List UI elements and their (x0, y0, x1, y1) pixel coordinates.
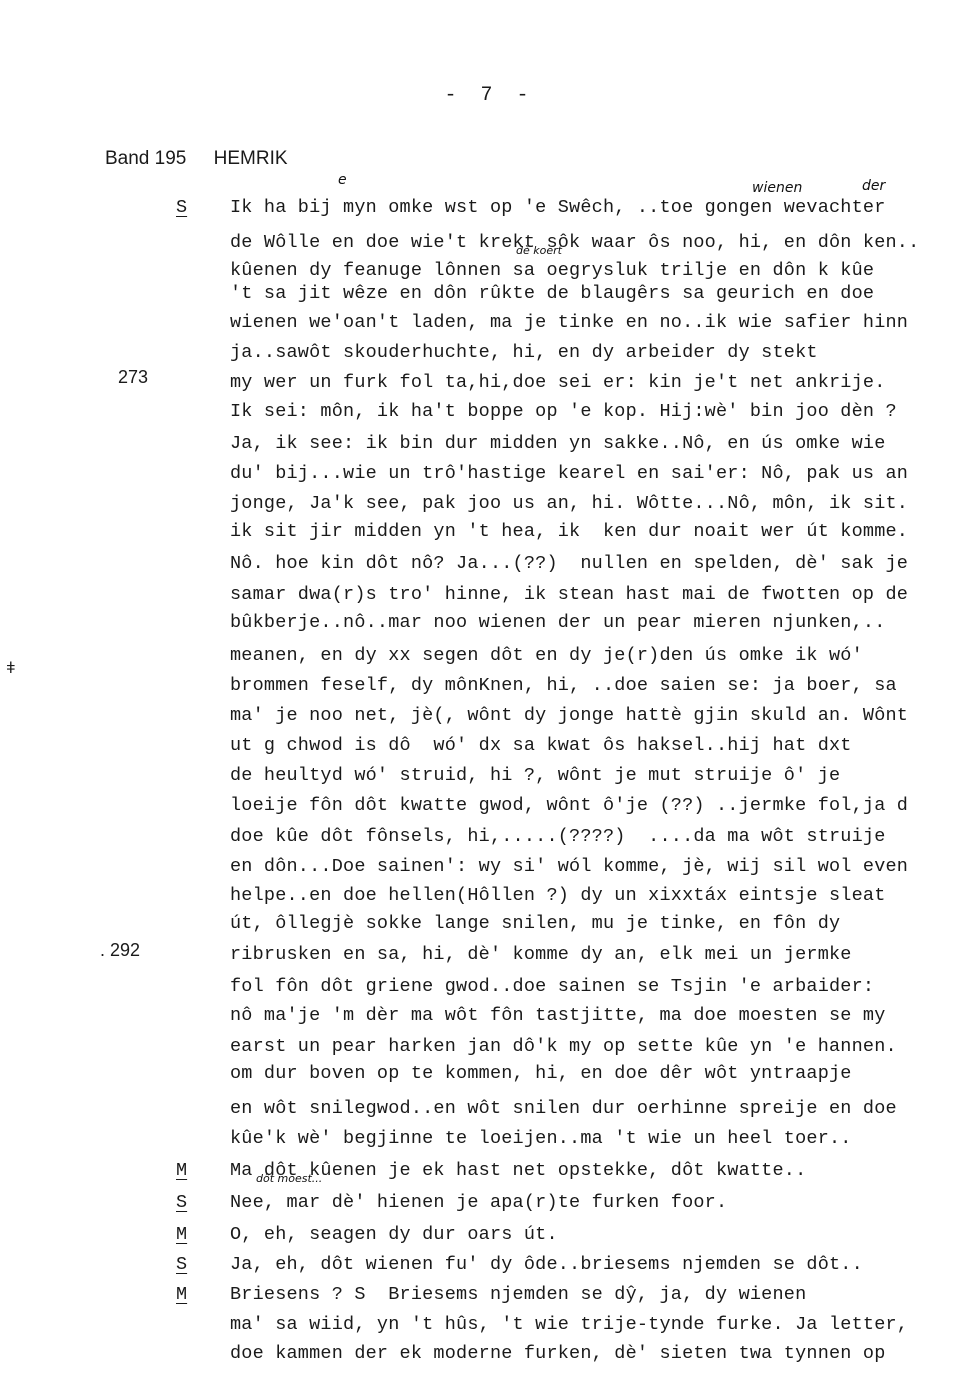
transcript-line: út, ôllegjè sokke lange snilen, mu je ti… (230, 913, 840, 934)
transcript-line: doe kammen der ek moderne furken, dè' si… (230, 1343, 886, 1364)
transcript-line: nô ma'je 'm dèr ma wôt fôn tastjitte, ma… (230, 1005, 886, 1026)
transcript-line: de heultyd wó' struid, hi ?, wônt je mut… (230, 765, 840, 786)
transcript-line: samar dwa(r)s tro' hinne, ik stean hast … (230, 584, 908, 605)
transcript-line: my wer un furk fol ta,hi,doe sei er: kin… (230, 372, 886, 393)
speaker-label: S (176, 197, 187, 218)
margin-mark: ǂ (6, 660, 16, 678)
transcript-line: ma' sa wiid, yn 't hûs, 't wie trije-tyn… (230, 1314, 908, 1335)
transcript-line: ja..sawôt skouderhuchte, hi, en dy arbei… (230, 342, 818, 363)
handwritten-annotation: e (338, 172, 347, 188)
speaker-label: S (176, 1254, 187, 1275)
transcript-line: ut g chwod is dô wó' dx sa kwat ôs hakse… (230, 735, 852, 756)
transcript-line: en wôt snilegwod..en wôt snilen dur oerh… (230, 1098, 897, 1119)
transcript-line: earst un pear harken jan dô'k my op sett… (230, 1036, 897, 1057)
transcript-line: bûkberje..nô..mar noo wienen der un pear… (230, 612, 886, 633)
speaker-label: M (176, 1224, 187, 1245)
transcript-line: fol fôn dôt griene gwod..doe sainen se T… (230, 976, 874, 997)
transcript-line: Ja, ik see: ik bin dur midden yn sakke..… (230, 433, 886, 454)
transcript-line: om dur boven op te kommen, hi, en doe dê… (230, 1063, 852, 1084)
transcript-line: en dôn...Doe sainen': wy si' wól komme, … (230, 856, 908, 877)
transcript-line: kûenen dy feanuge lônnen sa oegrysluk tr… (230, 260, 874, 281)
page-number: - 7 - (0, 84, 979, 107)
speaker-label: S (176, 1192, 187, 1213)
document-header: Band 195 HEMRIK (105, 148, 288, 170)
place-name: HEMRIK (214, 148, 288, 169)
transcript-line: Ma dôt kûenen je ek hast net opstekke, d… (230, 1160, 806, 1181)
transcript-line: ik sit jir midden yn 't hea, ik ken dur … (230, 521, 908, 542)
transcript-line: Briesens ? S Briesems njemden se dŷ, ja,… (230, 1284, 806, 1305)
transcript-line: wienen we'oan't laden, ma je tinke en no… (230, 312, 908, 333)
transcript-line: Ik sei: môn, ik ha't boppe op 'e kop. Hi… (230, 401, 897, 422)
transcript-line: Nô. hoe kin dôt nô? Ja...(??) nullen en … (230, 553, 908, 574)
transcript-line: helpe..en doe hellen(Hôllen ?) dy un xix… (230, 885, 886, 906)
band-label: Band 195 (105, 148, 186, 169)
transcript-line: Nee, mar dè' hienen je apa(r)te furken f… (230, 1192, 727, 1213)
margin-number: . 292 (100, 940, 140, 961)
transcript-line: doe kûe dôt fônsels, hi,.....(????) ....… (230, 826, 886, 847)
transcript-line: de Wôlle en doe wie't krekt sôk waar ôs … (230, 232, 919, 253)
transcript-line: Ik ha bij myn omke wst op 'e Swêch, ..to… (230, 197, 886, 218)
transcript-line: Ja, eh, dôt wienen fu' dy ôde..briesems … (230, 1254, 863, 1275)
handwritten-annotation: der (862, 178, 885, 194)
margin-number: 273 (118, 367, 148, 388)
transcript-line: du' bij...wie un trô'hastige kearel en s… (230, 463, 908, 484)
transcript-line: ribrusken en sa, hi, dè' komme dy an, el… (230, 944, 852, 965)
transcript-line: loeije fôn dôt kwatte gwod, wônt ô'je (?… (230, 795, 908, 816)
speaker-label: M (176, 1160, 187, 1181)
transcript-line: meanen, en dy xx segen dôt en dy je(r)de… (230, 645, 863, 666)
speaker-label: M (176, 1284, 187, 1305)
transcript-line: ma' je noo net, jè(, wônt dy jonge hattè… (230, 705, 908, 726)
transcript-line: O, eh, seagen dy dur oars út. (230, 1224, 558, 1245)
handwritten-annotation: wienen (752, 180, 802, 196)
transcript-line: jonge, Ja'k see, pak joo us an, hi. Wôtt… (230, 493, 908, 514)
transcript-line: brommen feself, dy mônKnen, hi, ..doe sa… (230, 675, 897, 696)
transcript-line: kûe'k wè' begjinne te loeijen..ma 't wie… (230, 1128, 852, 1149)
transcript-line: 't sa jit wêze en dôn rûkte de blaugêrs … (230, 283, 874, 304)
